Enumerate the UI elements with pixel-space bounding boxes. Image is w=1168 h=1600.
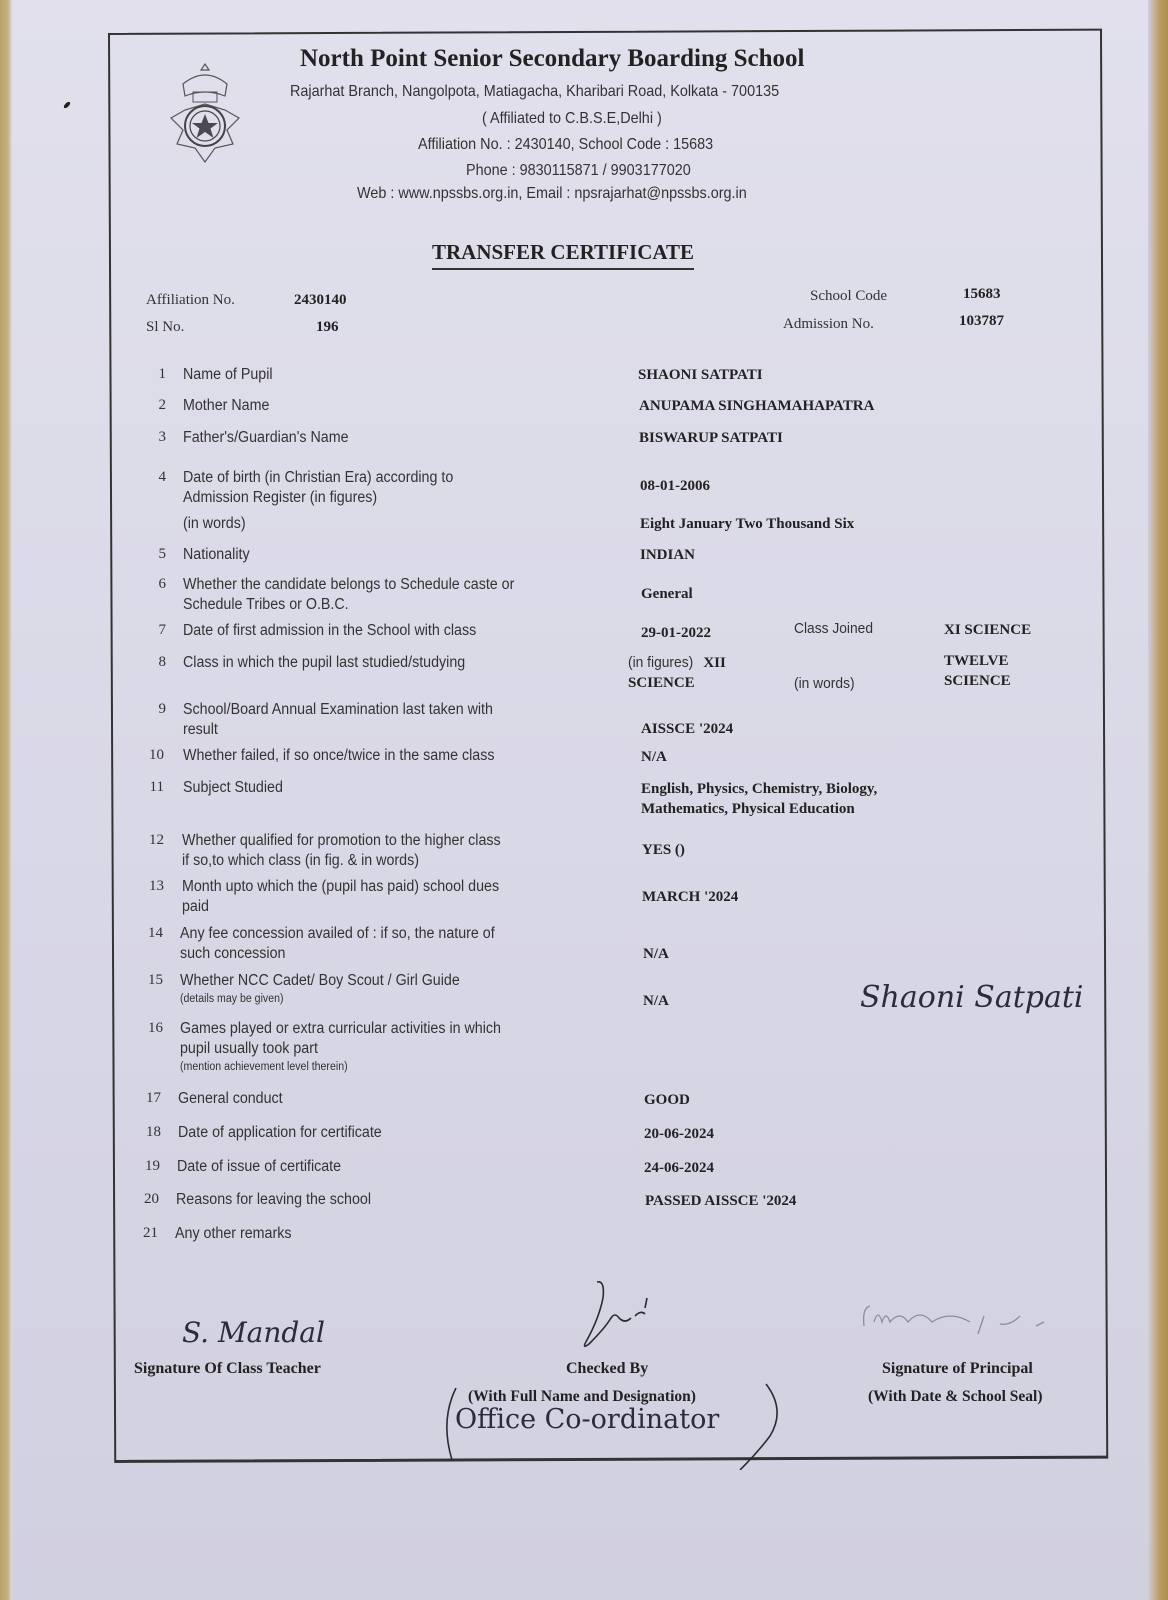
in-words-label: (in words) bbox=[794, 674, 855, 694]
item-number: 9 bbox=[144, 701, 166, 718]
item-number: 16 bbox=[141, 1020, 163, 1037]
item-label: Father's/Guardian's Name bbox=[183, 428, 349, 448]
item-number: 11 bbox=[142, 779, 164, 796]
item-label: Reasons for leaving the school bbox=[176, 1190, 371, 1210]
last-exam-value: AISSCE '2024 bbox=[641, 719, 733, 739]
item-label-cont: paid bbox=[182, 897, 209, 917]
pupil-signature: Shaoni Satpati bbox=[860, 980, 1084, 1015]
certificate-title: TRANSFER CERTIFICATE bbox=[432, 240, 694, 270]
subjects-value: English, Physics, Chemistry, Biology, bbox=[641, 779, 877, 799]
application-date-value: 20-06-2024 bbox=[644, 1124, 714, 1144]
web-email-line: Web : www.npssbs.org.in, Email : npsraja… bbox=[357, 185, 747, 203]
admission-no-label: Admission No. bbox=[783, 316, 874, 333]
item-label: Class in which the pupil last studied/st… bbox=[183, 653, 465, 673]
item-label: General conduct bbox=[178, 1089, 283, 1109]
issue-date-value: 24-06-2024 bbox=[644, 1158, 714, 1178]
checked-by-sub-label: (With Full Name and Designation) bbox=[468, 1388, 696, 1406]
last-class-value: XII bbox=[703, 655, 726, 671]
class-teacher-signature-label: Signature Of Class Teacher bbox=[134, 1360, 321, 1378]
sl-no-value: 196 bbox=[316, 319, 339, 336]
item-label: Date of first admission in the School wi… bbox=[183, 621, 476, 641]
item-label-words: (in words) bbox=[183, 514, 246, 534]
affiliation-line: Affiliation No. : 2430140, School Code :… bbox=[418, 136, 713, 154]
item-number: 15 bbox=[141, 972, 163, 989]
conduct-value: GOOD bbox=[644, 1090, 690, 1110]
item-number: 5 bbox=[144, 546, 166, 563]
ncc-value: N/A bbox=[643, 991, 669, 1011]
item-number: 6 bbox=[144, 576, 166, 593]
item-label-main: Whether NCC Cadet/ Boy Scout / Girl Guid… bbox=[180, 972, 460, 989]
item-label: Date of birth (in Christian Era) accordi… bbox=[183, 468, 453, 488]
leaving-reason-value: PASSED AISSCE '2024 bbox=[645, 1191, 796, 1211]
dob-words-value: Eight January Two Thousand Six bbox=[640, 514, 854, 534]
item-number: 18 bbox=[139, 1124, 161, 1141]
affiliated-to: ( Affiliated to C.B.S.E,Delhi ) bbox=[482, 110, 662, 128]
teacher-signature: S. Mandal bbox=[182, 1316, 325, 1349]
school-code-label: School Code bbox=[810, 288, 887, 305]
item-number: 3 bbox=[144, 429, 166, 446]
item-label-cont: result bbox=[183, 720, 218, 740]
admission-no-value: 103787 bbox=[959, 313, 1004, 330]
failed-value: N/A bbox=[641, 747, 667, 767]
item-number: 7 bbox=[144, 622, 166, 639]
promotion-value: YES () bbox=[642, 840, 685, 860]
dues-paid-value: MARCH '2024 bbox=[642, 887, 738, 907]
item-number: 12 bbox=[142, 832, 164, 849]
item-label: Name of Pupil bbox=[183, 365, 273, 385]
admission-date-value: 29-01-2022 bbox=[641, 623, 711, 643]
school-name: North Point Senior Secondary Boarding Sc… bbox=[300, 45, 804, 73]
item-number: 13 bbox=[142, 878, 164, 895]
subjects-value-cont: Mathematics, Physical Education bbox=[641, 799, 855, 819]
item-label-note: (mention achievement level therein) bbox=[180, 1059, 501, 1075]
item-number: 21 bbox=[136, 1225, 158, 1242]
item-number: 20 bbox=[137, 1191, 159, 1208]
last-class-words-cont: SCIENCE bbox=[944, 671, 1011, 691]
last-class-words: TWELVE bbox=[944, 651, 1008, 671]
school-code-value: 15683 bbox=[963, 286, 1001, 303]
checker-signature-scribble bbox=[575, 1278, 675, 1358]
sl-no-label: Sl No. bbox=[146, 319, 184, 336]
principal-signature-faint bbox=[860, 1296, 1080, 1346]
item-number: 2 bbox=[144, 397, 166, 414]
item-label: Whether failed, if so once/twice in the … bbox=[183, 746, 494, 766]
last-class-figures: (in figures) XII bbox=[628, 653, 726, 673]
item-label: Nationality bbox=[183, 545, 250, 565]
item-label: Any fee concession availed of : if so, t… bbox=[180, 924, 495, 944]
principal-signature-label: Signature of Principal bbox=[882, 1360, 1033, 1378]
item-label-main: Games played or extra curricular activit… bbox=[180, 1020, 501, 1037]
category-value: General bbox=[641, 584, 693, 604]
item-number: 10 bbox=[142, 747, 164, 764]
last-class-value-cont: SCIENCE bbox=[628, 673, 695, 693]
item-number: 4 bbox=[144, 469, 166, 486]
item-label-cont: such concession bbox=[180, 944, 285, 964]
class-joined-value: XI SCIENCE bbox=[944, 620, 1031, 640]
in-figures-label: (in figures) bbox=[628, 653, 693, 673]
school-address: Rajarhat Branch, Nangolpota, Matiagacha,… bbox=[290, 83, 779, 101]
item-label: Mother Name bbox=[183, 396, 269, 416]
affiliation-no-value: 2430140 bbox=[294, 292, 347, 309]
item-number: 1 bbox=[144, 366, 166, 383]
item-number: 14 bbox=[141, 925, 163, 942]
nationality-value: INDIAN bbox=[640, 545, 695, 565]
mother-name-value: ANUPAMA SINGHAMAHAPATRA bbox=[639, 396, 874, 416]
item-label-cont: if so,to which class (in fig. & in words… bbox=[182, 851, 419, 871]
class-joined-label: Class Joined bbox=[794, 619, 873, 639]
item-label-cont: Admission Register (in figures) bbox=[183, 488, 377, 508]
item-number: 17 bbox=[139, 1090, 161, 1107]
item-number: 8 bbox=[144, 654, 166, 671]
item-label: Any other remarks bbox=[175, 1224, 292, 1244]
item-label: Whether NCC Cadet/ Boy Scout / Girl Guid… bbox=[180, 971, 460, 1007]
phone-line: Phone : 9830115871 / 9903177020 bbox=[466, 162, 691, 180]
item-label: Whether qualified for promotion to the h… bbox=[182, 831, 501, 851]
item-label: Games played or extra curricular activit… bbox=[180, 1019, 501, 1075]
item-label: School/Board Annual Examination last tak… bbox=[183, 700, 493, 720]
item-label: Date of issue of certificate bbox=[177, 1157, 341, 1177]
item-label: Subject Studied bbox=[183, 778, 283, 798]
affiliation-no-label: Affiliation No. bbox=[146, 292, 235, 309]
item-label-cont: Schedule Tribes or O.B.C. bbox=[183, 595, 349, 615]
table-surface-edge bbox=[1148, 0, 1168, 1600]
item-label: Month upto which the (pupil has paid) sc… bbox=[182, 877, 499, 897]
dob-figures-value: 08-01-2006 bbox=[640, 476, 710, 496]
principal-sub-label: (With Date & School Seal) bbox=[868, 1388, 1043, 1406]
father-name-value: BISWARUP SATPATI bbox=[639, 428, 783, 448]
fee-concession-value: N/A bbox=[643, 944, 669, 964]
item-number: 19 bbox=[138, 1158, 160, 1175]
item-label: Date of application for certificate bbox=[178, 1123, 382, 1143]
pupil-name-value: SHAONI SATPATI bbox=[638, 365, 763, 385]
item-label: Whether the candidate belongs to Schedul… bbox=[183, 575, 514, 595]
item-label-note: (details may be given) bbox=[180, 991, 460, 1007]
checked-by-label: Checked By bbox=[566, 1360, 648, 1378]
item-label-cont: pupil usually took part bbox=[180, 1040, 318, 1057]
school-crest-icon bbox=[165, 62, 245, 167]
